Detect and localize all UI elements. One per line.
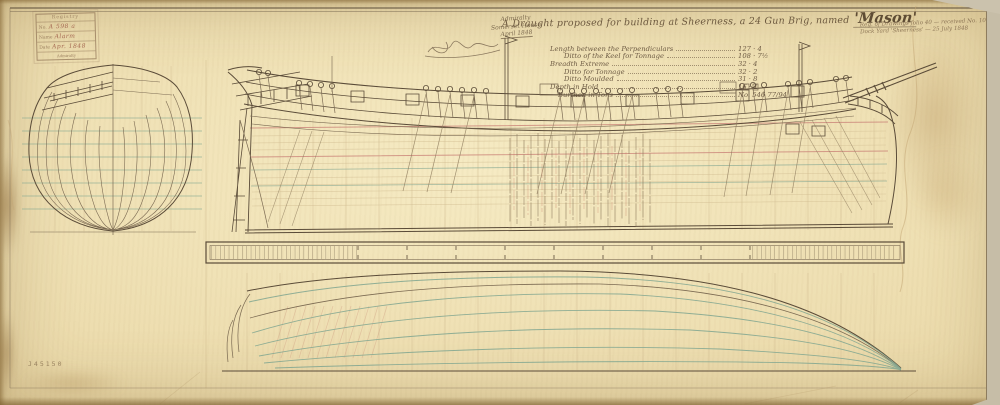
spec-row: Burthen in TonsNo. 546 77/94 — [550, 91, 778, 99]
hb-stern-arcs — [227, 294, 250, 362]
dimensions-table: Length between the Perpendiculars127 · 4… — [550, 45, 778, 99]
stem-outline — [876, 96, 897, 224]
catalog-number-stamp: J45150 — [28, 360, 63, 368]
signature-flourish — [425, 41, 500, 57]
scale-bar-coarse-ticks — [358, 246, 750, 259]
museum-stamp: Registry No. A 598 a Name Alarm Date Apr… — [35, 12, 96, 61]
foremast-stub — [799, 42, 810, 112]
rudder — [232, 108, 248, 232]
sternpost — [248, 105, 252, 232]
scale-bar-fine-right — [750, 246, 897, 259]
plan-drawing — [0, 0, 1000, 405]
stain-lines — [8, 6, 918, 404]
signature-stroke — [425, 41, 500, 57]
stamp-label: Date — [39, 45, 50, 50]
hb-waterlines-green — [249, 277, 901, 370]
head-rails — [848, 96, 898, 124]
keel-line — [245, 224, 893, 233]
scale-bar — [206, 242, 904, 263]
stamp-value: A 598 a — [49, 24, 76, 30]
stamp-value: Alarm — [55, 34, 76, 40]
hb-station-lines — [247, 273, 874, 370]
stamp-value: Apr. 1848 — [52, 43, 86, 49]
stamp-label: Name — [39, 35, 53, 40]
half-breadth-plan — [222, 271, 916, 371]
body-plan — [22, 64, 202, 235]
stamp-footer: Admiralty — [37, 50, 95, 60]
body-sections-fore — [113, 94, 186, 230]
spec-value: No. 546 77/94 — [738, 91, 778, 99]
stamp-label: No. — [39, 26, 47, 31]
tide-line — [8, 120, 14, 210]
plan-title: A Draught proposed for building at Sheer… — [502, 10, 802, 31]
ship-plan-scan: Registry No. A 598 a Name Alarm Date Apr… — [0, 0, 1000, 405]
waterline-band — [252, 131, 886, 206]
body-stern-gallery — [42, 72, 113, 110]
tide-line — [900, 6, 917, 292]
scale-bar-fine-left — [211, 246, 358, 259]
mainmast-stub — [505, 36, 517, 120]
spec-label: Burthen in Tons — [558, 91, 613, 99]
title-script: A Draught proposed for building at Sheer… — [502, 15, 850, 30]
midship-frames — [510, 132, 650, 226]
stern-counter — [228, 67, 262, 105]
